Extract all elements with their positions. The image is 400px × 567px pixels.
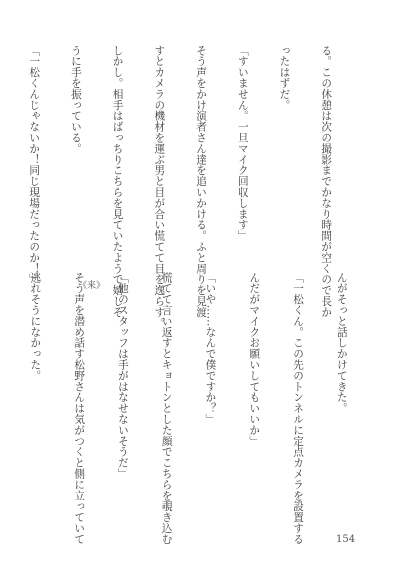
text-column: 「一松くんじゃないか！同じ現場だったのか！」 xyxy=(26,45,40,255)
text-column: 慌てて言い返すとキョトンとした顔でこちらを覗き込む xyxy=(159,272,174,510)
text-block-top: る。この休憩は次の撮影までかなり時間が空くので長か ったはずだ。 「すいません。… xyxy=(0,45,360,255)
page-number: 154 xyxy=(336,534,355,545)
text-column: 「いや……なんで僕ですか？」 xyxy=(203,272,218,510)
text-column: んだがマイクお願いしてもいいか」 xyxy=(247,272,262,510)
text-column: 「他のスタッフは手がはなせないそうだ」 xyxy=(115,272,130,510)
text-column: 「一松くん。この先のトンネルに定点カメラを設置する xyxy=(290,272,305,510)
text-column: んがそっと話しかけてきた。 xyxy=(334,272,349,510)
text-column: しかし。相手はばっちりこちらを見ていたようで嬉しそ xyxy=(110,45,124,255)
continued-mark: 《来》 xyxy=(78,278,105,291)
text-column: そう声をかけ演者さん達を追いかける。ふと周りを見渡 xyxy=(193,45,207,255)
text-column: うに手を振っている。 xyxy=(68,45,82,255)
text-column: すとカメラの機材を運ぶ男と目が合い慌てて目を逸らす。 xyxy=(151,45,165,255)
text-column: 逃れそうになかった。 xyxy=(28,272,43,510)
text-column: ったはずだ。 xyxy=(277,45,291,255)
text-column: そう声を潜め話す松野さんは気がつくと側に立っていて xyxy=(72,272,87,510)
text-column: る。この休憩は次の撮影までかなり時間が空くので長か xyxy=(318,45,332,255)
text-column: 「すいません。一旦マイク回収します」 xyxy=(235,45,249,255)
text-block-bottom: んがそっと話しかけてきた。 「一松くん。この先のトンネルに定点カメラを設置する … xyxy=(0,272,378,510)
